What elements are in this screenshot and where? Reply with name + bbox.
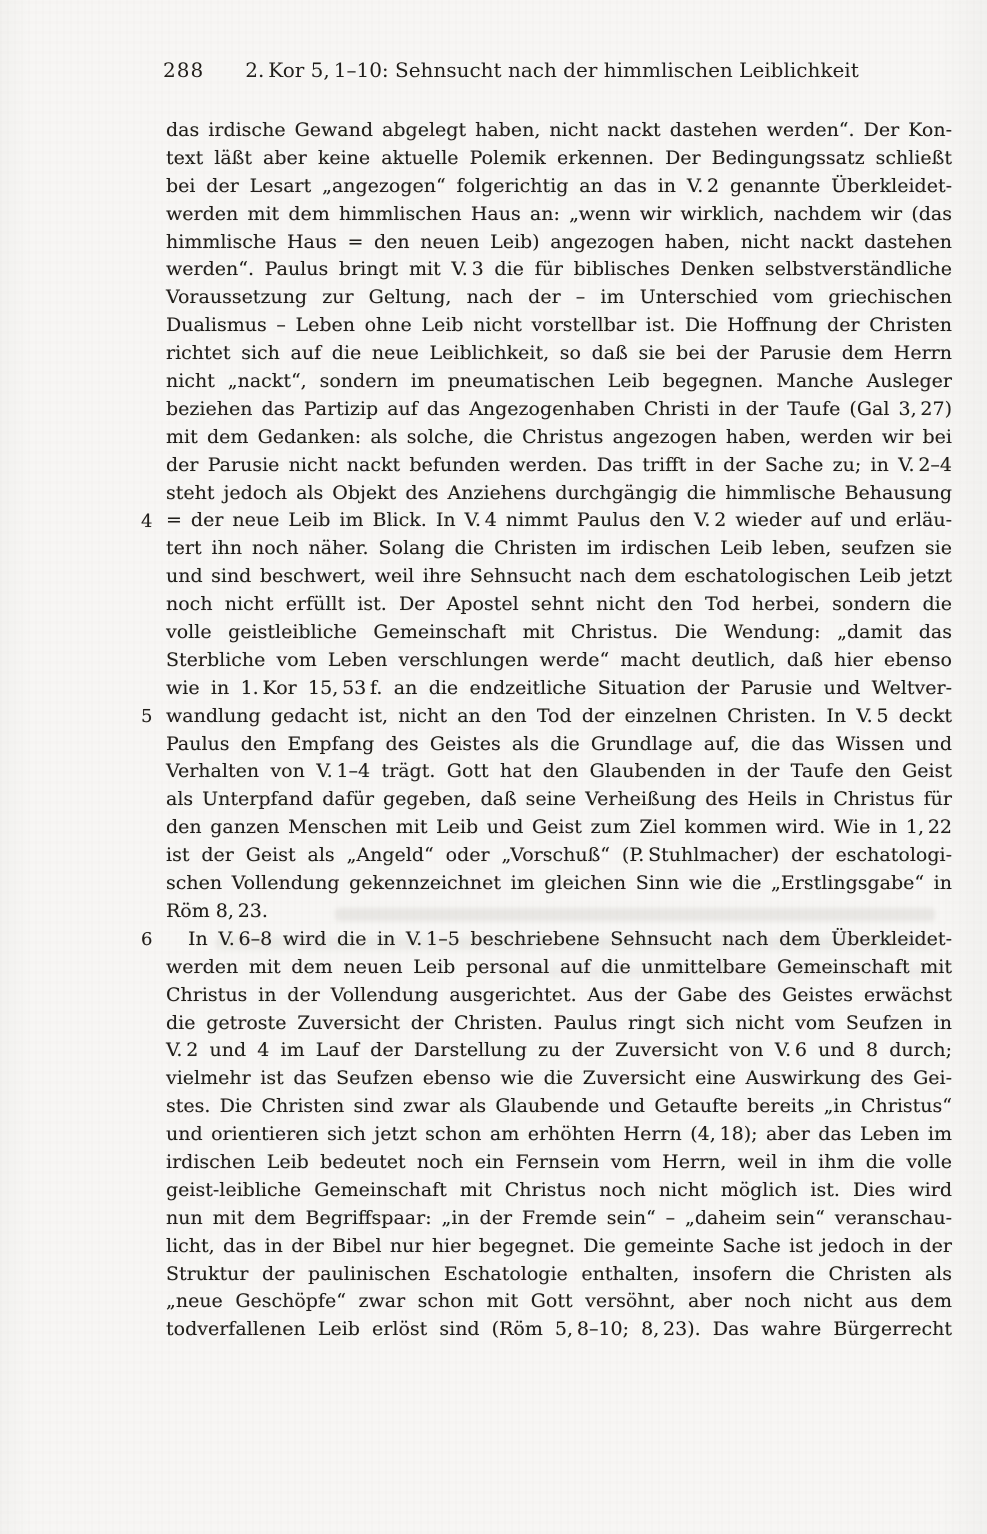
text-line: steht jedoch als Objekt des Anziehens du…	[166, 480, 952, 508]
text-line: V. 2 und 4 im Lauf der Darstellung zu de…	[166, 1037, 952, 1065]
text-line: werden mit dem neuen Leib personal auf d…	[166, 954, 952, 982]
text-line: irdischen Leib bedeutet noch ein Fernsei…	[166, 1149, 952, 1177]
text-line: und sind beschwert, weil ihre Sehnsucht …	[166, 563, 952, 591]
text-line: der Parusie nicht nackt befunden werden.…	[166, 452, 952, 480]
text-line: das irdische Gewand abgelegt haben, nich…	[166, 117, 952, 145]
text-line: Röm 8, 23.	[166, 898, 952, 926]
running-header: 288 2. Kor 5, 1–10: Sehnsucht nach der h…	[0, 55, 987, 85]
text-line: die getroste Zuversicht der Christen. Pa…	[166, 1010, 952, 1038]
text-line: wie in 1. Kor 15, 53 f. an die endzeitli…	[166, 675, 952, 703]
text-line: stes. Die Christen sind zwar als Glauben…	[166, 1093, 952, 1121]
text-line: Paulus den Empfang des Geistes als die G…	[166, 731, 952, 759]
text-line: = der neue Leib im Blick. In V. 4 nimmt …	[166, 507, 952, 535]
text-line: und orientieren sich jetzt schon am erhö…	[166, 1121, 952, 1149]
text-line: In V. 6–8 wird die in V. 1–5 beschrieben…	[166, 926, 952, 954]
verse-number: 4	[141, 508, 163, 536]
text-line: text läßt aber keine aktuelle Polemik er…	[166, 145, 952, 173]
text-line: noch nicht erfüllt ist. Der Apostel sehn…	[166, 591, 952, 619]
running-title: 2. Kor 5, 1–10: Sehnsucht nach der himml…	[166, 55, 938, 85]
text-line: mit dem Gedanken: als solche, die Christ…	[166, 424, 952, 452]
text-line: geist-leibliche Gemeinschaft mit Christu…	[166, 1177, 952, 1205]
verse-number: 5	[141, 703, 163, 731]
text-line: werden“. Paulus bringt mit V. 3 die für …	[166, 256, 952, 284]
book-page: 288 2. Kor 5, 1–10: Sehnsucht nach der h…	[0, 0, 987, 1534]
text-line: Verhalten von V. 1–4 trägt. Gott hat den…	[166, 758, 952, 786]
text-line: Voraussetzung zur Geltung, nach der – im…	[166, 284, 952, 312]
text-line: Struktur der paulinischen Eschatologie e…	[166, 1261, 952, 1289]
text-line: ist der Geist als „Angeld“ oder „Vorschu…	[166, 842, 952, 870]
text-line: todverfallenen Leib erlöst sind (Röm 5, …	[166, 1316, 952, 1344]
text-line: vielmehr ist das Seufzen ebenso wie die …	[166, 1065, 952, 1093]
text-line: himmlische Haus = den neuen Leib) angezo…	[166, 229, 952, 257]
text-line: tert ihn noch näher. Solang die Christen…	[166, 535, 952, 563]
text-line: werden mit dem himmlischen Haus an: „wen…	[166, 201, 952, 229]
verse-number: 6	[141, 926, 163, 954]
text-line: Sterbliche vom Leben verschlungen werde“…	[166, 647, 952, 675]
text-line: Christus in der Vollendung ausgerichtet.…	[166, 982, 952, 1010]
text-line: schen Vollendung gekennzeichnet im gleic…	[166, 870, 952, 898]
text-line: volle geistleibliche Gemeinschaft mit Ch…	[166, 619, 952, 647]
text-line: als Unterpfand dafür gegeben, daß seine …	[166, 786, 952, 814]
text-line: bei der Lesart „angezogen“ folgerichtig …	[166, 173, 952, 201]
text-line: nun mit dem Begriffspaar: „in der Fremde…	[166, 1205, 952, 1233]
text-line: Dualismus – Leben ohne Leib nicht vorste…	[166, 312, 952, 340]
text-line: den ganzen Menschen mit Leib und Geist z…	[166, 814, 952, 842]
text-line: richtet sich auf die neue Leiblichkeit, …	[166, 340, 952, 368]
text-line: nicht „nackt“, sondern im pneumatischen …	[166, 368, 952, 396]
text-line: licht, das in der Bibel nur hier begegne…	[166, 1233, 952, 1261]
text-line: beziehen das Partizip auf das Angezogenh…	[166, 396, 952, 424]
text-block: das irdische Gewand abgelegt haben, nich…	[166, 117, 952, 1344]
text-line: „neue Geschöpfe“ zwar schon mit Gott ver…	[166, 1288, 952, 1316]
text-line: wandlung gedacht ist, nicht an den Tod d…	[166, 703, 952, 731]
